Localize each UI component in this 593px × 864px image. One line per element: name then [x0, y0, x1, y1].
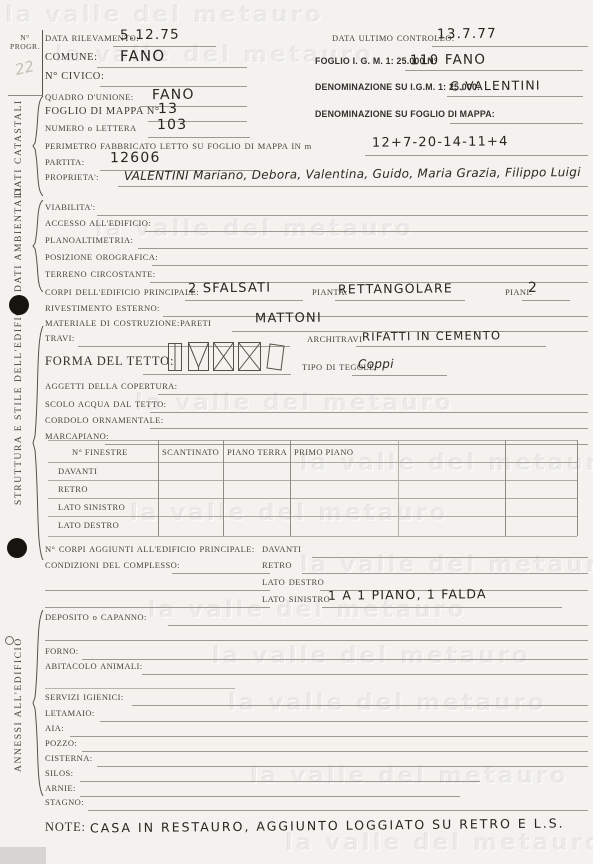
table-line — [290, 440, 291, 536]
watermark-text: la valle del metauro — [300, 552, 593, 578]
underline — [142, 674, 588, 675]
field-value-tipo-tegole: Coppi — [358, 357, 394, 371]
section-brace — [32, 326, 44, 560]
field-label-abitacolo-animali: ABITACOLO ANIMALI: — [45, 661, 142, 671]
underline — [80, 796, 460, 797]
field-label-aggetti: AGGETTI DELLA COPERTURA: — [45, 381, 177, 391]
field-label-cisterna: CISTERNA: — [45, 753, 93, 763]
field-value-partita: 12606 — [110, 150, 161, 167]
underline — [450, 123, 583, 124]
field-label-stagno: STAGNO: — [45, 797, 84, 807]
underline — [100, 721, 588, 722]
watermark-text: la valle del metauro — [285, 830, 593, 856]
underline — [152, 265, 588, 266]
table-line — [48, 462, 577, 463]
field-label-corpi-aggiunti-davanti: DAVANTI — [262, 544, 301, 554]
underline — [163, 316, 588, 317]
field-value-comune: FANO — [120, 47, 166, 65]
underline — [45, 607, 270, 608]
underline — [138, 248, 588, 249]
field-label-rivestimento: RIVESTIMENTO ESTERNO: — [45, 303, 160, 313]
field-value-data-ultimo-controllo: 13.7.77 — [437, 26, 497, 43]
field-value-architravi: RIFATTI IN CEMENTO — [362, 328, 501, 343]
underline — [365, 155, 588, 156]
field-label-cordolo: CORDOLO ORNAMENTALE: — [45, 415, 164, 425]
underline — [150, 412, 588, 413]
table-row-label-lato-destro: LATO DESTRO — [58, 520, 119, 530]
table-line — [48, 536, 577, 537]
field-value-corpi-edificio: 2 SFALSATI — [188, 281, 271, 297]
underline — [70, 736, 588, 737]
hip-roof-icon — [188, 342, 209, 371]
underline — [352, 375, 447, 376]
field-value-numero-lettera: 103 — [157, 117, 187, 133]
underline — [97, 766, 588, 767]
underline — [168, 625, 588, 626]
pavilion-roof-icon — [238, 342, 261, 371]
underline — [45, 640, 588, 641]
scanned-cadastral-form: la valle del metauro la valle del metaur… — [0, 0, 593, 864]
table-line — [48, 516, 577, 517]
field-label-n-civico: N° CIVICO: — [45, 71, 105, 82]
field-label-corpi-aggiunti-retro: RETRO — [262, 560, 292, 570]
section-label-dati-ambientali: DATI AMBIENTALI — [14, 186, 24, 292]
field-label-forno: FORNO: — [45, 646, 79, 656]
underline — [158, 394, 588, 395]
table-header-scantinato: SCANTINATO — [162, 447, 219, 457]
table-row-label-davanti: DAVANTI — [58, 466, 97, 476]
field-label-partita: PARTITA: — [45, 157, 84, 167]
punch-hole-icon — [7, 538, 27, 558]
field-label-arnie: ARNIE: — [45, 783, 76, 793]
underline — [172, 573, 270, 574]
gable-roof-icon — [168, 343, 182, 371]
field-label-forma-tetto: FORMA DEL TETTO: — [45, 354, 174, 369]
finestre-table: N° FINESTRE SCANTINATO PIANO TERRA PRIMO… — [48, 440, 577, 536]
field-label-corpi-aggiunti: N° CORPI AGGIUNTI ALL'EDIFICIO PRINCIPAL… — [45, 544, 255, 554]
underline — [148, 137, 250, 138]
field-label-note: NOTE: — [45, 820, 86, 835]
table-line — [48, 498, 577, 499]
underline — [432, 46, 588, 47]
field-label-corpi-edificio: CORPI DELL'EDIFICIO PRINCIPALE: — [45, 287, 199, 297]
table-header-piano-terra: PIANO TERRA — [227, 447, 287, 457]
table-line — [577, 440, 578, 536]
underline — [97, 67, 247, 68]
field-value-proprieta: VALENTINI Mariano, Debora, Valentina, Gu… — [124, 165, 581, 183]
field-value-pianta: RETTANGOLARE — [338, 280, 453, 296]
section-brace — [32, 610, 44, 796]
section-brace — [32, 96, 44, 196]
underline — [118, 186, 588, 187]
field-value-note: CASA IN RESTAURO, AGGIUNTO LOGGIATO SU R… — [90, 816, 565, 836]
watermark-text: la valle del metauro — [228, 690, 547, 716]
field-label-foglio-mappa: FOGLIO DI MAPPA N° — [45, 106, 160, 117]
field-label-numero-lettera: NUMERO o LETTERA — [45, 123, 137, 133]
field-label-silos: SILOS: — [45, 768, 73, 778]
field-label-pozzo: POZZO: — [45, 738, 77, 748]
field-label-accesso: ACCESSO ALL'EDIFICIO: — [45, 218, 151, 228]
underline — [88, 810, 588, 811]
underline — [185, 300, 303, 301]
field-label-quadro-unione: QUADRO D'UNIONE: — [45, 92, 134, 102]
field-label-aia: AIA: — [45, 723, 64, 733]
underline — [97, 215, 588, 216]
table-header-primo-piano: PRIMO PIANO — [294, 447, 353, 457]
underline — [356, 346, 546, 347]
punch-guide-icon — [5, 636, 14, 645]
field-label-denominazione-mappa: DENOMINAZIONE SU FOGLIO DI MAPPA: — [315, 109, 495, 119]
field-value-denominazione-igm: C.VALENTINI — [450, 78, 541, 94]
table-header-finestre: N° FINESTRE — [72, 447, 128, 457]
field-label-scolo-acqua: SCOLO ACQUA DAL TETTO: — [45, 399, 166, 409]
table-line — [48, 440, 577, 441]
hourglass-roof-icon — [213, 342, 234, 371]
section-brace — [32, 200, 44, 292]
punch-hole-icon — [9, 295, 29, 315]
field-value-corpi-aggiunti-lato-sinistro: 1 A 1 PIANO, 1 FALDA — [328, 586, 487, 603]
underline — [312, 557, 588, 558]
field-label-travi: TRAVI: — [45, 333, 75, 343]
progr-label: N°PROGR. — [8, 33, 42, 51]
field-label-condizioni-complesso: CONDIZIONI DEL COMPLESSO: — [45, 560, 180, 570]
progr-handwritten-value: 22 — [14, 57, 37, 79]
table-line — [505, 440, 506, 536]
underline — [322, 607, 562, 608]
underline — [80, 781, 480, 782]
field-label-corpi-aggiunti-lato-destro: LATO DESTRO — [262, 577, 324, 587]
progressive-number-box: N°PROGR. 22 — [8, 30, 43, 96]
table-line — [158, 440, 159, 536]
underline — [405, 70, 583, 71]
field-value-piani: 2 — [528, 280, 538, 296]
underline — [82, 659, 588, 660]
field-value-foglio-mappa: 13 — [158, 101, 178, 117]
field-label-architravi: ARCHITRAVI — [307, 334, 362, 344]
table-line — [398, 440, 399, 536]
field-label-materiale: MATERIALE DI COSTRUZIONE: — [45, 318, 180, 328]
table-line — [223, 440, 224, 536]
table-line — [48, 480, 577, 481]
underline — [132, 705, 588, 706]
underline — [143, 374, 291, 375]
field-label-perimetro: PERIMETRO FABBRICATO LETTO SU FOGLIO DI … — [45, 141, 312, 151]
scan-corner-shadow — [0, 847, 46, 864]
underline — [82, 751, 588, 752]
underline — [45, 590, 270, 591]
underline — [302, 573, 588, 574]
underline — [45, 688, 235, 689]
section-label-annessi: ANNESSI ALL'EDIFICIO — [14, 637, 24, 772]
field-label-servizi-igienici: SERVIZI IGIENICI: — [45, 692, 124, 702]
field-label-posizione-orografica: POSIZIONE OROGRAFICA: — [45, 252, 158, 262]
underline — [335, 300, 465, 301]
section-label-struttura-stile: STRUTTURA E STILE DELL'EDIFICIO — [14, 295, 24, 505]
table-row-label-lato-sinistro: LATO SINISTRO — [58, 502, 125, 512]
field-label-proprieta: PROPRIETA': — [45, 172, 99, 182]
underline — [447, 96, 583, 97]
field-value-perimetro: 12+7-20-14-11+4 — [372, 134, 509, 150]
section-label-dati-catastali: DATI CATASTALI — [14, 99, 24, 196]
field-label-letamaio: LETAMAIO: — [45, 708, 95, 718]
field-sublabel-pareti: PARETI — [180, 318, 211, 328]
field-label-viabilita: VIABILITA': — [45, 202, 96, 212]
field-value-foglio-igm: 110 FANO — [410, 52, 486, 69]
field-value-materiale: MATTONI — [255, 311, 322, 327]
field-value-data-rilevamento: 5.12.75 — [120, 27, 180, 44]
underline — [145, 231, 588, 232]
field-label-deposito: DEPOSITO o CAPANNO: — [45, 612, 147, 622]
watermark-text: la valle del metauro — [5, 2, 324, 28]
table-row-label-retro: RETRO — [58, 484, 88, 494]
watermark-text: la valle del metauro — [212, 643, 531, 669]
underline — [522, 300, 570, 301]
field-label-planoaltimetria: PLANOALTIMETRIA: — [45, 235, 133, 245]
underline — [150, 428, 588, 429]
field-label-comune: COMUNE: — [45, 52, 98, 63]
shed-roof-icon — [266, 343, 285, 371]
field-label-corpi-aggiunti-lato-sinistro: LATO SINISTRO — [262, 594, 330, 604]
field-label-terreno-circostante: TERRENO CIRCOSTANTE: — [45, 269, 156, 279]
